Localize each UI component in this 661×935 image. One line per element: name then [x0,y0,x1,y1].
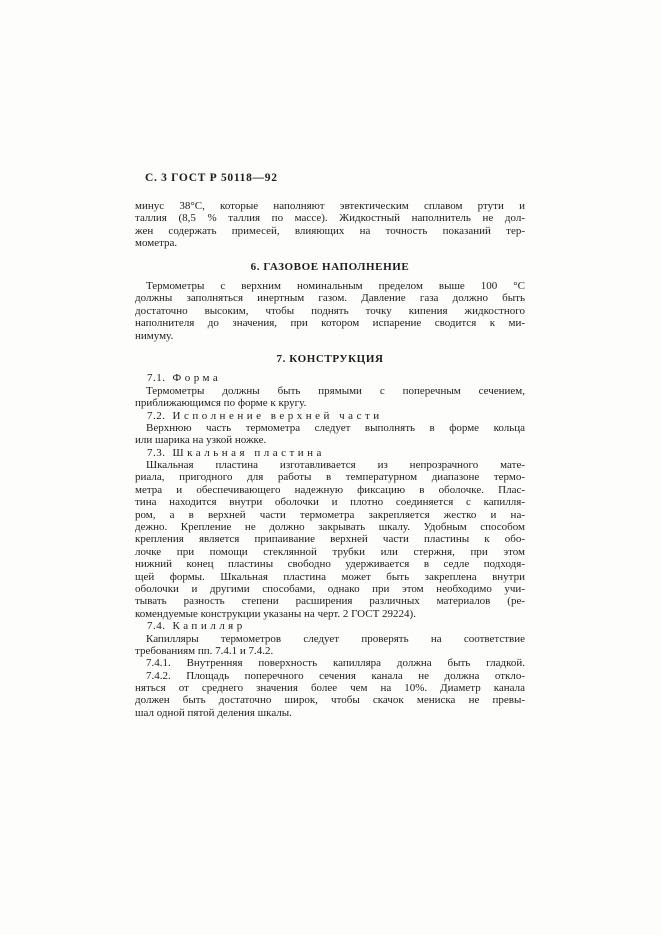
clause-number: 7.3. [147,447,166,459]
paragraph-line: Капилляры термометров следует проверять … [135,633,525,645]
paragraph-line: няться от среднего значения более чем на… [135,682,525,694]
paragraph-line: Шкальная пластина изготавливается из неп… [135,459,525,471]
clause-number: 7.1. [147,372,166,384]
paragraph-line: щей формы. Шкальная пластина может быть … [135,571,525,583]
paragraph-line: ром, а в верхней части термометра закреп… [135,509,525,521]
paragraph-line: таллия (8,5 % таллия по массе). Жидкостн… [135,212,525,224]
paragraph-line: наполнителя до значения, при котором исп… [135,317,525,329]
paragraph-line: Термометры с верхним номинальным предело… [135,280,525,292]
paragraph-line: должны заполняться инертным газом. Давле… [135,292,525,304]
section-heading: 6. ГАЗОВОЕ НАПОЛНЕНИЕ [135,261,525,273]
paragraph-line: тывать разность степени расширения разли… [135,595,525,607]
paragraph-line: лочке при помощи стеклянной трубки или с… [135,546,525,558]
clause-heading: 7.3.Шкальная пластина [135,447,525,459]
clause-title: Исполнение верхней части [173,410,383,422]
paragraph-line: должен быть достаточно широк, чтобы скач… [135,694,525,706]
paragraph-line: 7.4.2. Площадь поперечного сечения канал… [135,670,525,682]
clause-number: 7.4. [147,620,166,632]
clause-number: 7.2. [147,410,166,422]
clause-title: Капилляр [173,620,246,632]
clause-heading: 7.4.Капилляр [135,620,525,632]
paragraph-line: минус 38°С, которые наполняют эвтектичес… [135,200,525,212]
page-header: С. 3 ГОСТ Р 50118—92 [145,172,278,184]
paragraph-line: нижний конец пластины свободно удерживае… [135,558,525,570]
paragraph-line: Термометры должны быть прямыми с попереч… [135,385,525,397]
paragraph-line: дежно. Крепление не должно закрывать шка… [135,521,525,533]
clause-heading: 7.1.Форма [135,372,525,384]
paragraph-line: Верхнюю часть термометра следует выполня… [135,422,525,434]
paragraph-line: жен содержать примесей, влияющих на точн… [135,225,525,237]
clause-title: Форма [173,372,222,384]
paragraph-line: тина находится внутри оболочки и плотно … [135,496,525,508]
paragraph-line: оболочки и другими способами, однако при… [135,583,525,595]
paragraph-line: метра и обеспечивающего надежную фиксаци… [135,484,525,496]
paragraph-line: комендуемые конструкции указаны на черт.… [135,608,525,620]
clause-title: Шкальная пластина [173,447,325,459]
paragraph-line: требованиям пп. 7.4.1 и 7.4.2. [135,645,525,657]
clause-heading: 7.2.Исполнение верхней части [135,410,525,422]
section-heading: 7. КОНСТРУКЦИЯ [135,353,525,365]
paragraph-line: крепления является припаивание верхней ч… [135,533,525,545]
paragraph-line: риала, пригодного для работы в температу… [135,471,525,483]
paragraph-line: достаточно высоким, чтобы поднять точку … [135,305,525,317]
paragraph-line: мометра. [135,237,525,249]
paragraph-line: приближающимся по форме к кругу. [135,397,525,409]
paragraph-line: 7.4.1. Внутренняя поверхность капилляра … [135,657,525,669]
document-body: минус 38°С, которые наполняют эвтектичес… [135,200,525,719]
paragraph-line: или шарика на узкой ножке. [135,434,525,446]
paragraph-line: нимуму. [135,330,525,342]
paragraph-line: шал одной пятой деления шкалы. [135,707,525,719]
